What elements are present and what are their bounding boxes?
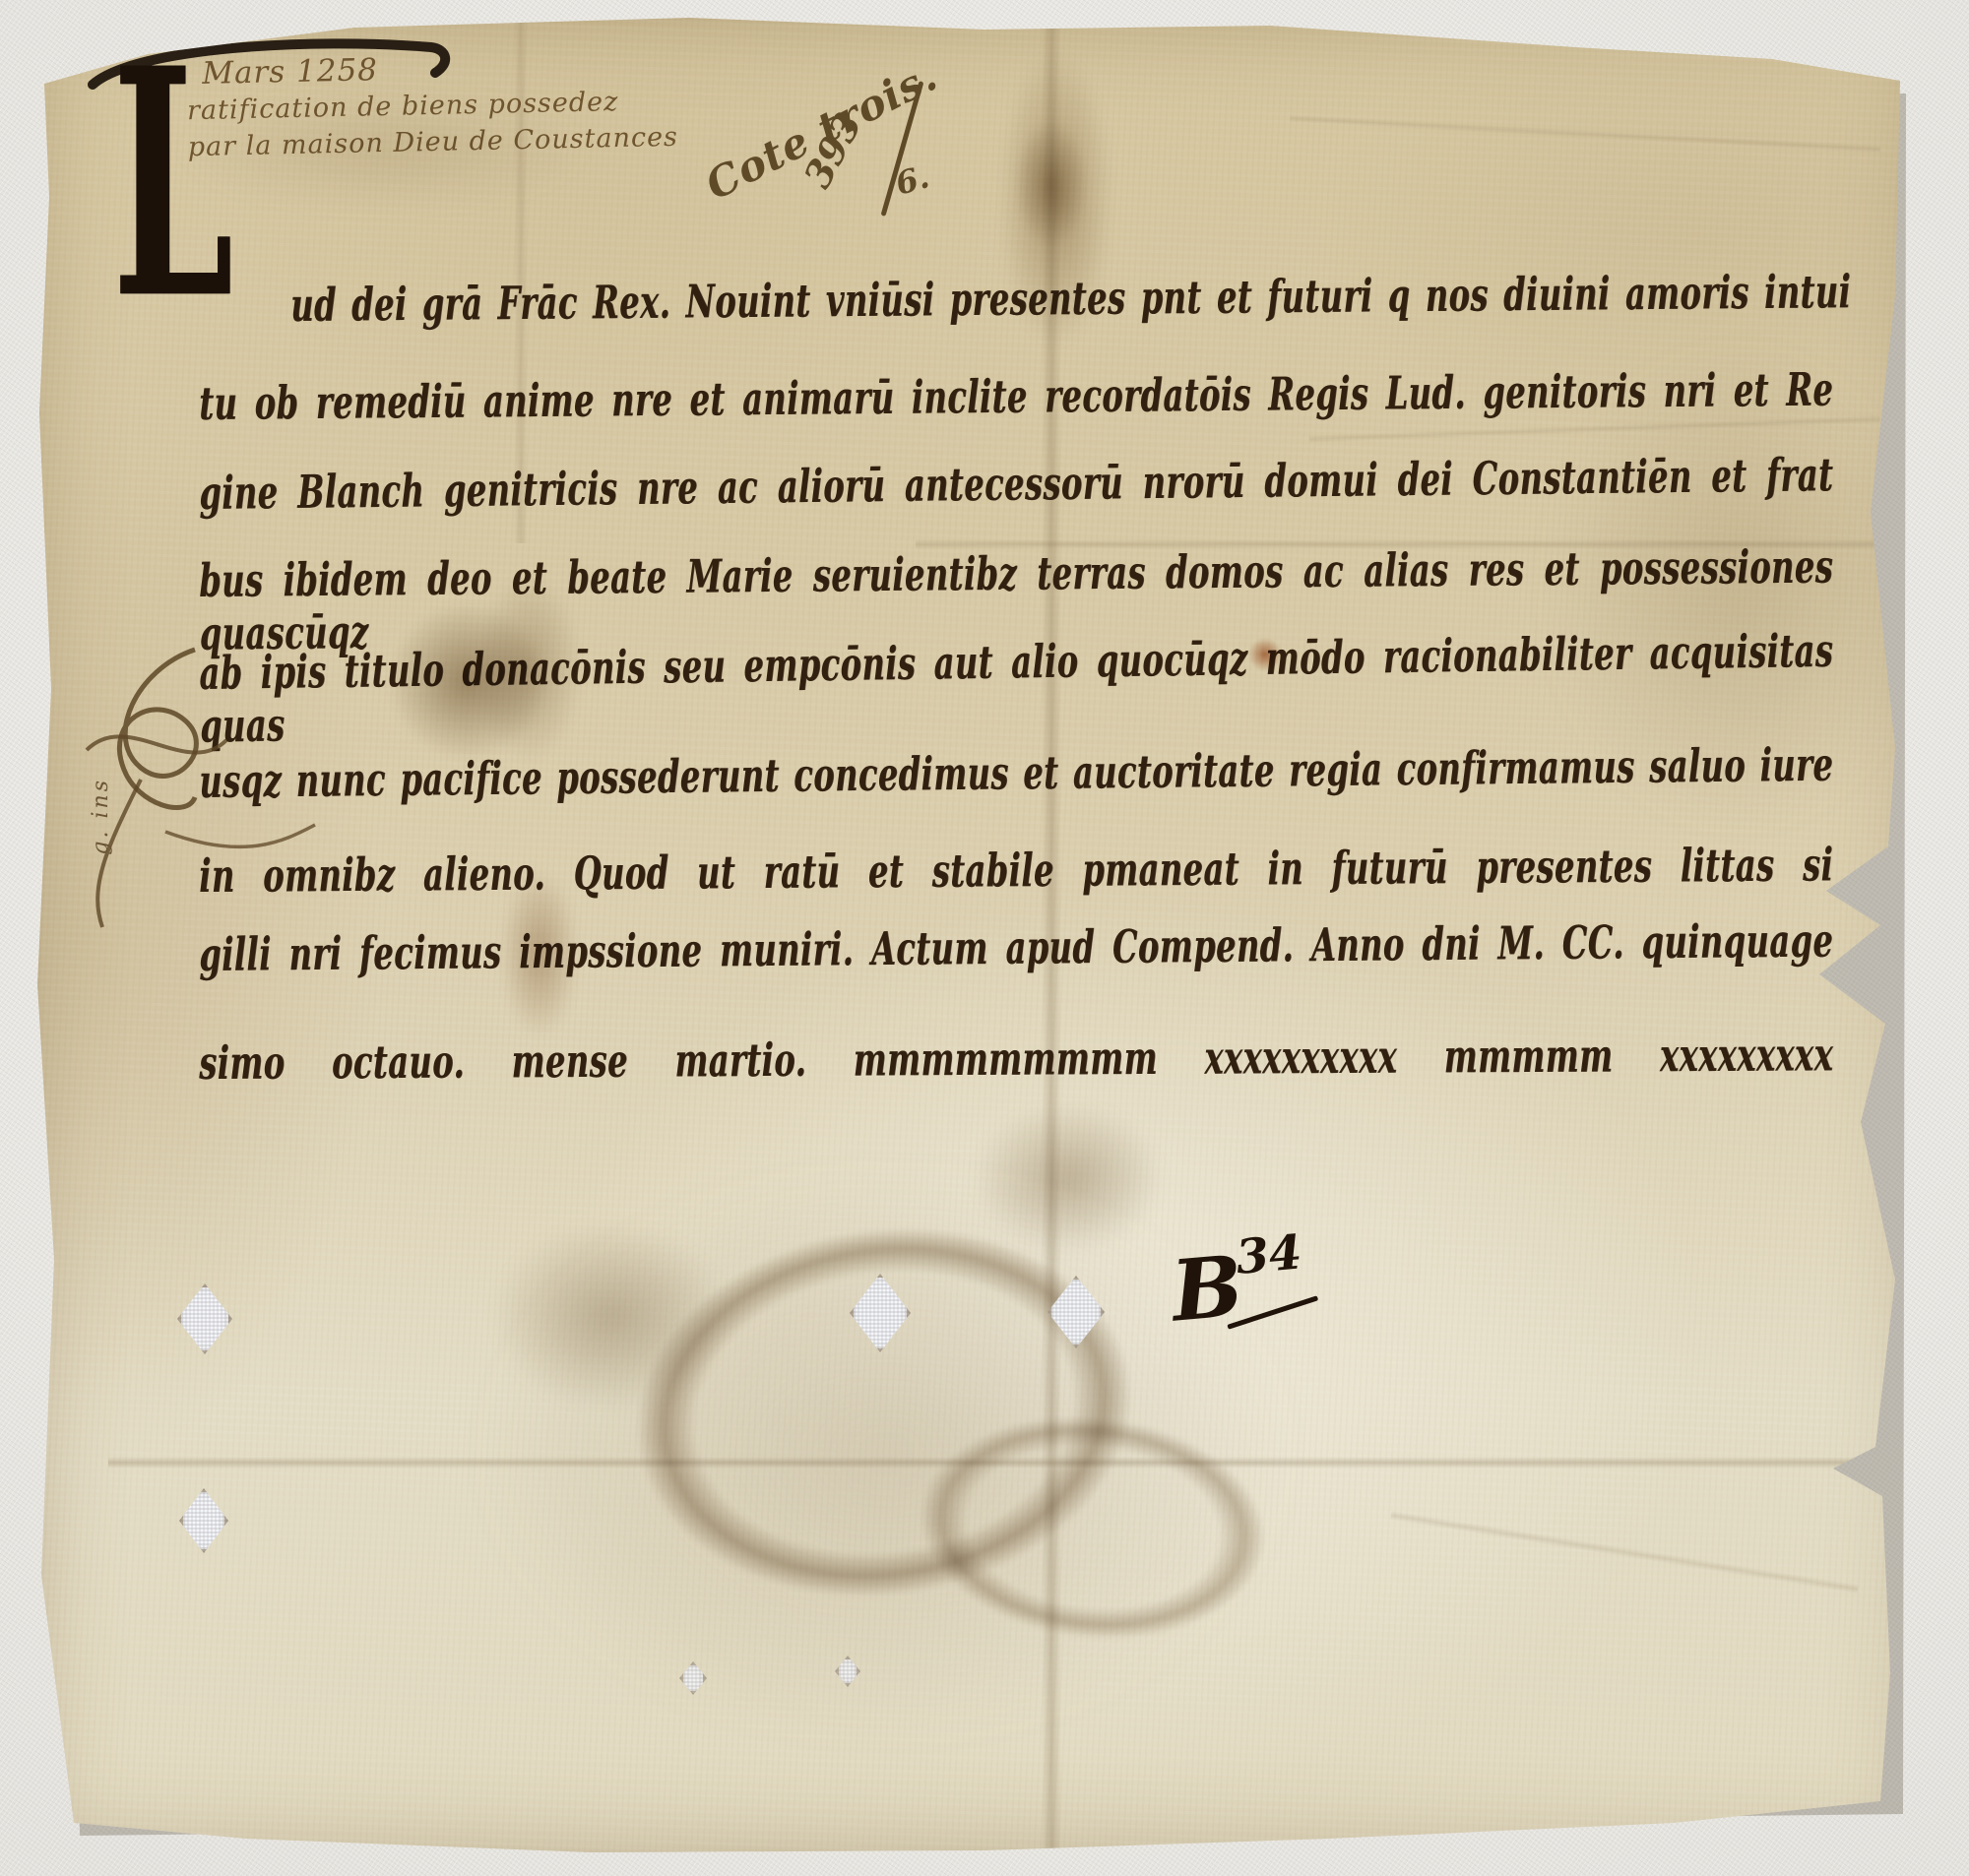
parchment: L ud dei grā Frāc Rex. Nouint vniūsi pre…	[30, 12, 1925, 1860]
photo-backdrop: { "photo": { "subject": "Parchment chart…	[0, 0, 1969, 1876]
fold-crease	[108, 1457, 1880, 1469]
classmark-b34: B34	[1168, 1224, 1308, 1341]
cote-annotation: Cote trois. 393 6.	[660, 41, 984, 258]
charter-line: simo octauo. mense martio. mmmmmmmmm xxx…	[199, 1029, 1833, 1090]
cote-fraction: 6.	[892, 157, 933, 202]
classmark-number: 34	[1234, 1224, 1303, 1285]
archival-note: Mars 1258 ratification de biens possedez…	[186, 46, 678, 165]
charter-line: in omnibz alieno. Quod ut ratū et stabil…	[199, 839, 1833, 903]
marginal-paraph: g. ins	[47, 630, 323, 955]
marginal-caption: g. ins	[89, 778, 113, 855]
